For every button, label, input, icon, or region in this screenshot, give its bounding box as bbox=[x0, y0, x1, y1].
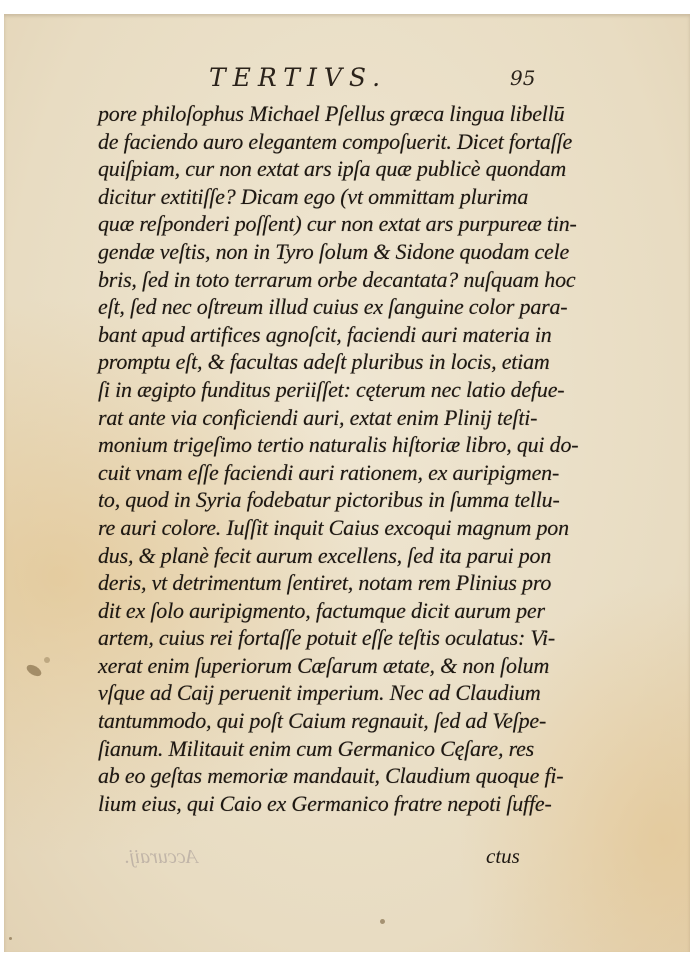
text-line: dus, & planè fecit aurum excellens, ſed … bbox=[98, 542, 578, 570]
text-line: quæ reſponderi poſſent) cur non extat ar… bbox=[98, 210, 578, 238]
ink-speck bbox=[380, 919, 385, 924]
text-line: deris, vt detrimentum ſentiret, notam re… bbox=[98, 569, 578, 597]
body-text: pore philoſophus Michael Pſellus græca l… bbox=[98, 100, 578, 817]
text-line: rat ante via conficiendi auri, extat eni… bbox=[98, 404, 578, 432]
ink-speck bbox=[9, 937, 12, 940]
text-line: pore philoſophus Michael Pſellus græca l… bbox=[98, 100, 578, 128]
text-line: vſque ad Caij peruenit imperium. Nec ad … bbox=[98, 679, 578, 707]
text-line: cuit vnam eſſe faciendi auri rationem, e… bbox=[98, 459, 578, 487]
show-through-text: Accuraij. bbox=[124, 846, 198, 869]
text-line: artem, cuius rei fortaſſe potuit eſſe te… bbox=[98, 624, 578, 652]
text-line: to, quod in Syria fodebatur pictoribus i… bbox=[98, 486, 578, 514]
text-line: dit ex ſolo auripigmento, factumque dici… bbox=[98, 597, 578, 625]
text-line: de faciendo auro elegantem compoſuerit. … bbox=[98, 128, 578, 156]
text-line: eſt, ſed nec oſtreum illud cuius ex ſang… bbox=[98, 293, 578, 321]
catchword: ctus bbox=[486, 844, 520, 869]
text-line: lium eius, qui Caio ex Germanico fratre … bbox=[98, 790, 578, 818]
text-line: gendæ veſtis, non in Tyro ſolum & Sidone… bbox=[98, 238, 578, 266]
text-line: ſianum. Militauit enim cum Germanico Cęſ… bbox=[98, 735, 578, 763]
text-line: ſi in ægipto funditus periiſſet: cęterum… bbox=[98, 376, 578, 404]
text-line: dicitur extitiſſe? Dicam ego (vt ommitta… bbox=[98, 183, 578, 211]
text-line: tantummodo, qui poſt Caium regnauit, ſed… bbox=[98, 707, 578, 735]
ink-stain bbox=[44, 657, 50, 663]
text-line: re auri colore. Iuſſit inquit Caius exco… bbox=[98, 514, 578, 542]
text-line: quiſpiam, cur non extat ars ipſa quæ pub… bbox=[98, 155, 578, 183]
ink-stain bbox=[25, 663, 43, 679]
running-head: TERTIVS. bbox=[209, 63, 387, 92]
text-line: bris, ſed in toto terrarum orbe decantat… bbox=[98, 266, 578, 294]
text-line: promptu eſt, & facultas adeſt pluribus i… bbox=[98, 348, 578, 376]
text-line: monium trigeſimo tertio naturalis hiſtor… bbox=[98, 431, 578, 459]
book-page: TERTIVS. 95 pore philoſophus Michael Pſe… bbox=[4, 14, 690, 952]
text-line: xerat enim ſuperiorum Cæſarum ætate, & n… bbox=[98, 652, 578, 680]
text-line: bant apud artifices agnoſcit, faciendi a… bbox=[98, 321, 578, 349]
page-number: 95 bbox=[510, 66, 535, 90]
text-line: ab eo geſtas memoriæ mandauit, Claudium … bbox=[98, 762, 578, 790]
